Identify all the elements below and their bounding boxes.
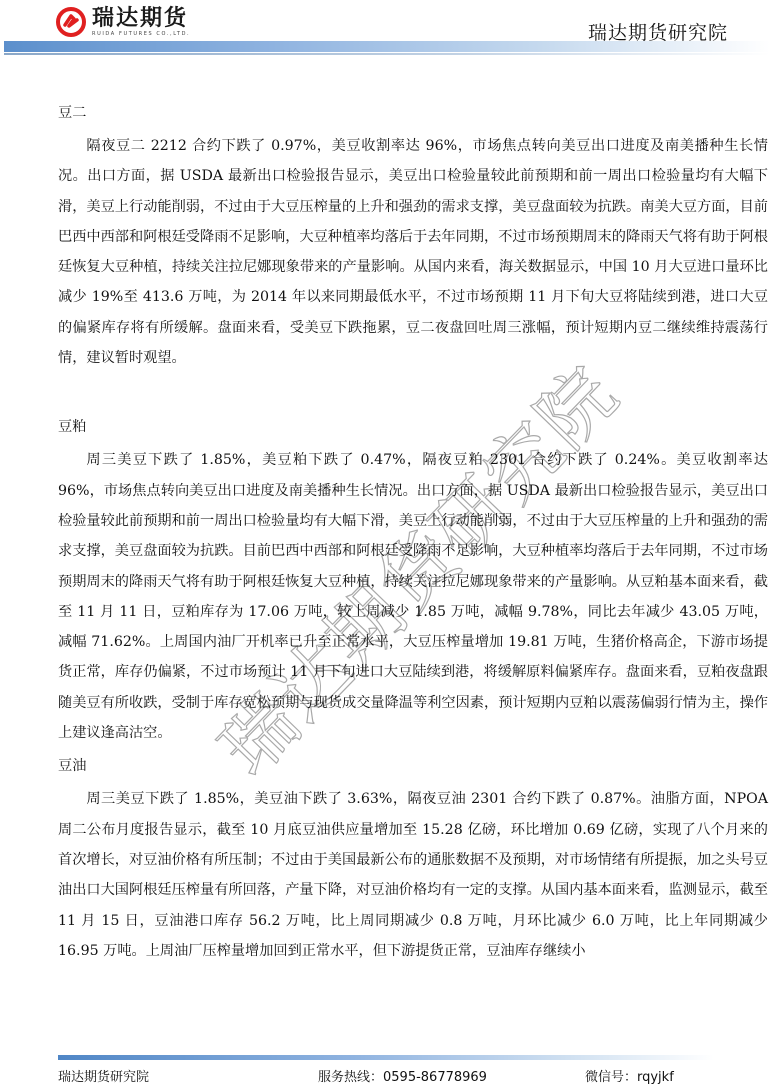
company-logo: 瑞达期货 RUIDA FUTURES CO.,LTD.: [56, 4, 190, 40]
section-soybean-meal: 豆粕 周三美豆下跌了 1.85%，美豆粕下跌了 0.47%，隔夜豆粕 2301 …: [58, 409, 768, 748]
footer-org: 瑞达期货研究院: [58, 1066, 149, 1085]
section-paragraph: 周三美豆下跌了 1.85%，美豆油下跌了 3.63%，隔夜豆油 2301 合约下…: [58, 784, 768, 966]
logo-icon: [56, 7, 86, 37]
report-body: 豆二 隔夜豆二 2212 合约下跌了 0.97%，美豆收割率达 96%，市场焦点…: [58, 95, 768, 966]
section-title: 豆粕: [58, 409, 768, 445]
footer-divider: [58, 1055, 714, 1060]
section-paragraph: 周三美豆下跌了 1.85%，美豆粕下跌了 0.47%，隔夜豆粕 2301 合约下…: [58, 445, 768, 748]
header-divider-line: [4, 53, 770, 55]
section-paragraph: 隔夜豆二 2212 合约下跌了 0.97%，美豆收割率达 96%，市场焦点转向美…: [58, 131, 768, 373]
page-footer: 瑞达期货研究院 服务热线：0595-86778969 微信号：rqyjkf: [58, 1066, 758, 1086]
header-divider: [4, 41, 770, 52]
section-title: 豆油: [58, 748, 768, 784]
section-soybean-oil: 豆油 周三美豆下跌了 1.85%，美豆油下跌了 3.63%，隔夜豆油 2301 …: [58, 748, 768, 966]
section-soybean-no2: 豆二 隔夜豆二 2212 合约下跌了 0.97%，美豆收割率达 96%，市场焦点…: [58, 95, 768, 373]
logo-subtitle: RUIDA FUTURES CO.,LTD.: [92, 31, 190, 38]
logo-name: 瑞达期货: [92, 7, 190, 31]
page-header: 瑞达期货 RUIDA FUTURES CO.,LTD. 瑞达期货研究院: [0, 0, 770, 56]
footer-wechat: 微信号：rqyjkf: [585, 1066, 674, 1085]
footer-hotline: 服务热线：0595-86778969: [318, 1066, 487, 1085]
section-title: 豆二: [58, 95, 768, 131]
